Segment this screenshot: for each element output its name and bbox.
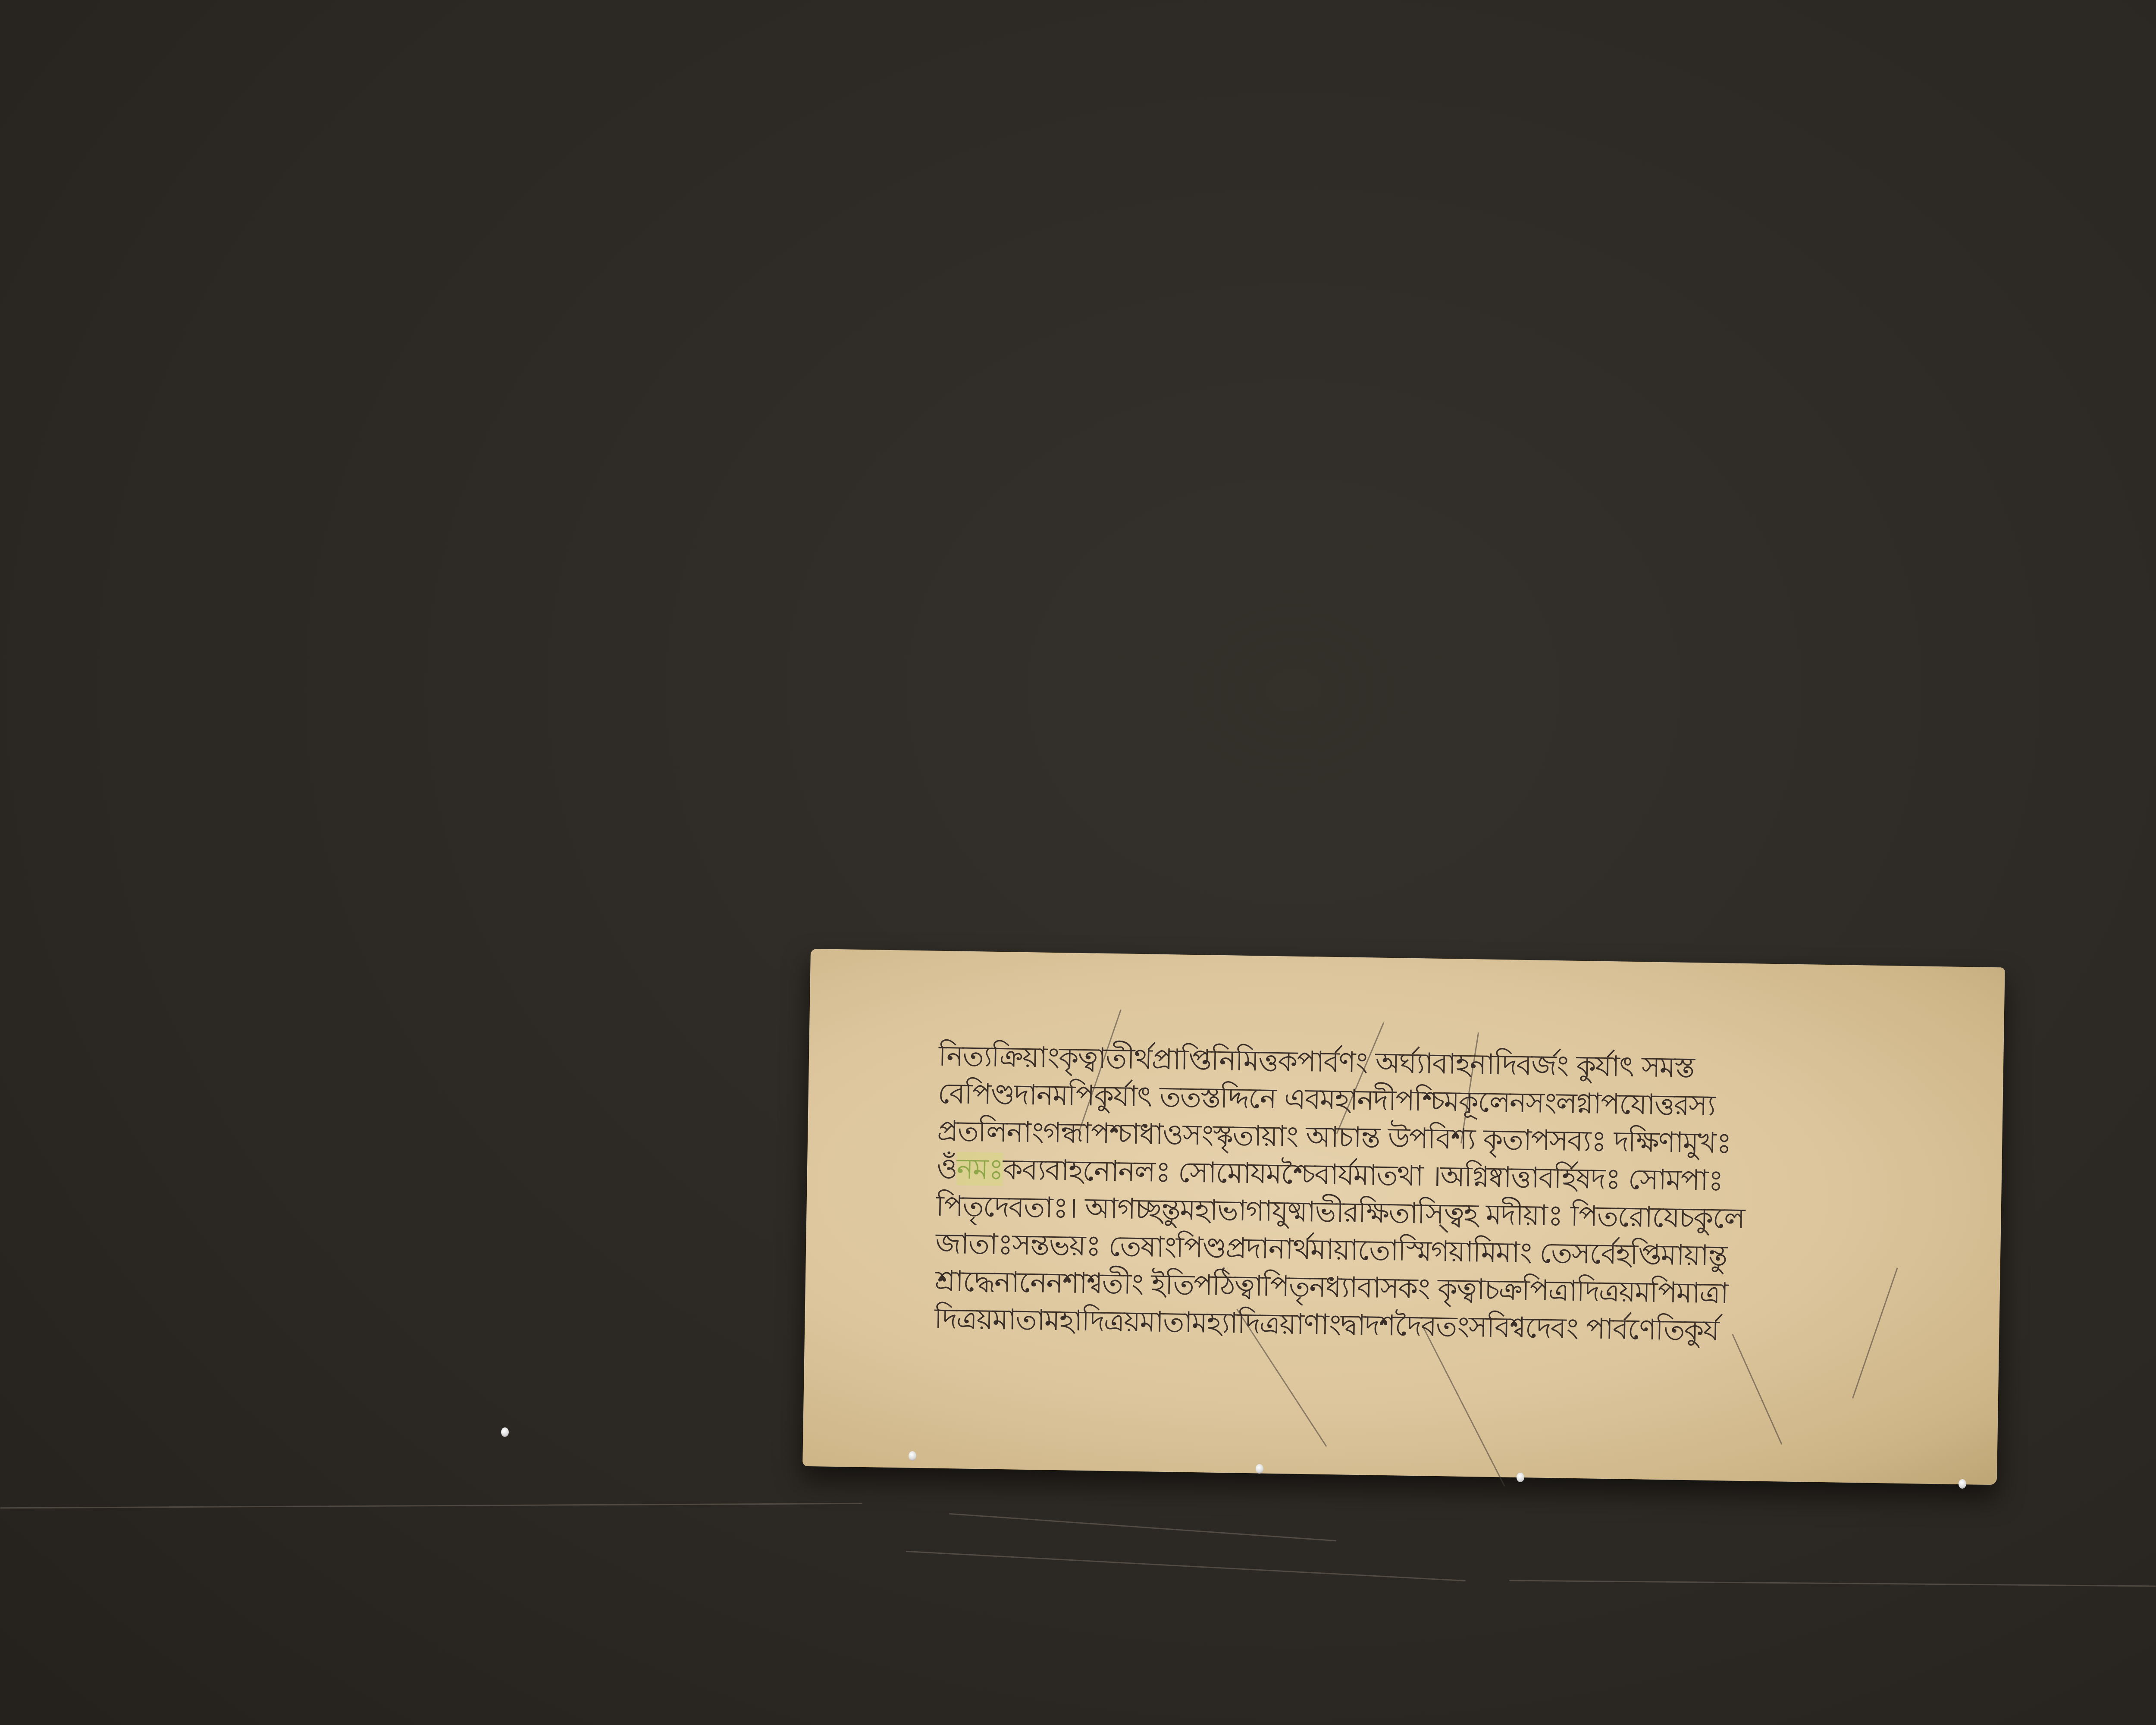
manuscript-text: নিত্যক্রিয়াংকৃত্বাতীর্থপ্রাপ্তিনিমিত্তক… <box>934 1037 1887 1352</box>
mounting-pin <box>909 1451 916 1461</box>
mounting-pin <box>501 1427 509 1437</box>
manuscript-leaf: নিত্যক্রিয়াংকৃত্বাতীর্থপ্রাপ্তিনিমিত্তক… <box>802 949 2005 1485</box>
om-symbol: ওঁ <box>936 1152 957 1186</box>
mounting-pin <box>1517 1473 1524 1482</box>
ink-stroke <box>1422 1325 1505 1487</box>
mounting-pin <box>1959 1479 1966 1489</box>
highlighted-namah: নমঃ <box>956 1152 1003 1186</box>
ink-stroke <box>1732 1334 1782 1445</box>
mounting-pin <box>1256 1464 1263 1474</box>
